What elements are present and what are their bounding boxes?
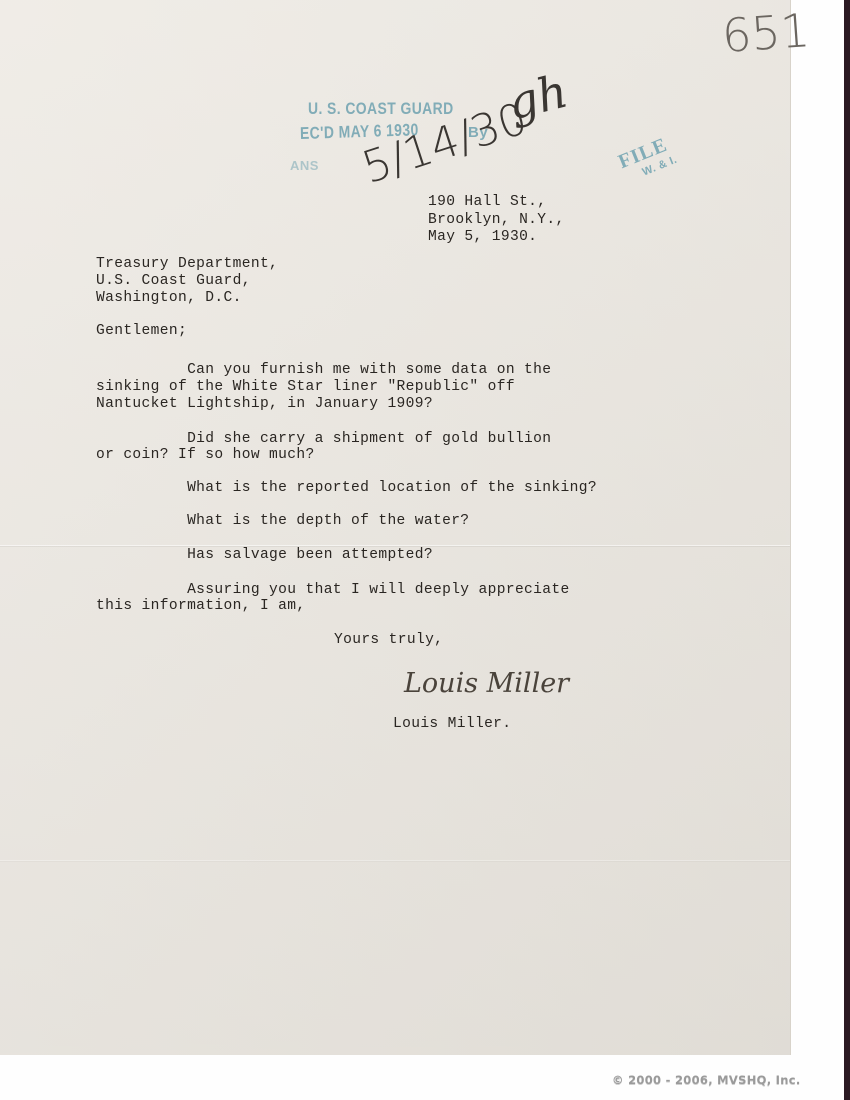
file-stamp: FILE W. & I. xyxy=(615,134,675,185)
letter-date: May 5, 1930. xyxy=(428,229,537,245)
recipient-line: Washington, D.C. xyxy=(96,290,242,306)
signature: Louis Miller xyxy=(404,668,569,699)
fold-line xyxy=(0,860,790,861)
closing: Yours truly, xyxy=(334,632,443,648)
paragraph-line: Assuring you that I will deeply apprecia… xyxy=(96,582,570,598)
scan-edge xyxy=(844,0,850,1100)
paragraph-line: sinking of the White Star liner "Republi… xyxy=(96,379,515,395)
paragraph-line: this information, I am, xyxy=(96,598,305,614)
file-number-annotation: 651 xyxy=(720,3,811,63)
address-line: Brooklyn, N.Y., xyxy=(428,212,565,228)
fold-line xyxy=(0,545,790,546)
letter-paper: 651 U. S. COAST GUARD EC'D MAY 6 1930 By… xyxy=(0,0,790,1055)
paragraph-line: Has salvage been attempted? xyxy=(96,547,433,563)
stamp-line-initials: ANS xyxy=(290,158,319,173)
address-line: 190 Hall St., xyxy=(428,194,546,210)
stamp-line-coast-guard: U. S. COAST GUARD xyxy=(308,99,454,119)
copyright-notice: © 2000 - 2006, MVSHQ, Inc. xyxy=(612,1073,801,1087)
salutation: Gentlemen; xyxy=(96,323,187,339)
recipient-line: Treasury Department, xyxy=(96,256,278,272)
paragraph-line: Did she carry a shipment of gold bullion xyxy=(96,431,551,447)
paragraph-line: What is the reported location of the sin… xyxy=(96,480,597,496)
paragraph-line: What is the depth of the water? xyxy=(96,513,469,529)
recipient-line: U.S. Coast Guard, xyxy=(96,273,251,289)
paragraph-line: or coin? If so how much? xyxy=(96,447,315,463)
handwritten-initials: gh xyxy=(502,64,572,131)
typed-name: Louis Miller. xyxy=(393,716,511,732)
paragraph-line: Nantucket Lightship, in January 1909? xyxy=(96,396,433,412)
paragraph-line: Can you furnish me with some data on the xyxy=(96,362,551,378)
